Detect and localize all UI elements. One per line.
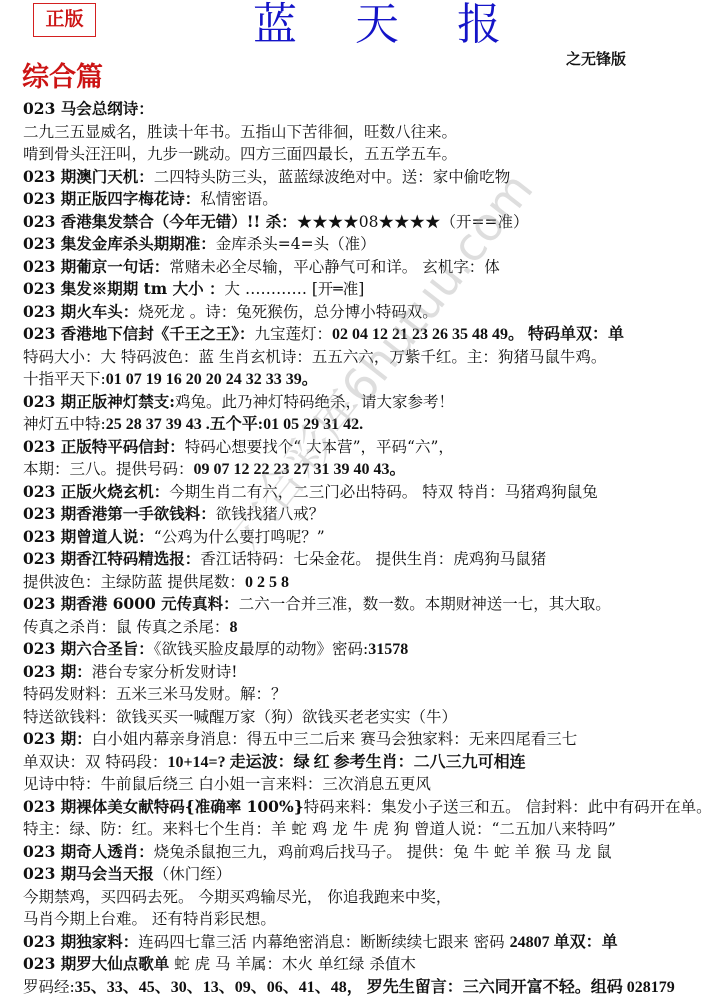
text-line: 023 期火车头：烧死龙 。诗：兔死猴伤，总分博小特码双。 bbox=[23, 301, 723, 324]
line-lead: 023 期裸体美女献特码{准确率 100%} bbox=[23, 797, 304, 816]
line-lead: 023 期香港 6000 元传真料： bbox=[23, 594, 239, 613]
line-text: 神灯五中特: bbox=[23, 415, 106, 433]
line-number: 25 28 37 39 43 .五个平:01 05 29 31 42. bbox=[106, 416, 363, 433]
text-line: 罗码经:35、33、45、30、13、09、06、41、48， 罗先生留言：三六… bbox=[23, 976, 723, 997]
text-line: 023 期：港台专家分析发财诗! bbox=[23, 661, 723, 684]
text-line: 023 期澳门天机：二四特头防三头，蓝蓝绿波绝对中。送：家中偷吃物 bbox=[23, 166, 723, 189]
text-line: 特主：绿、防：红。来料七个生肖：羊 蛇 鸡 龙 牛 虎 狗 曾道人说：“二五加八… bbox=[23, 818, 723, 841]
text-line: 023 集发金库杀头期期准：金库杀头=4=头（准） bbox=[23, 233, 723, 256]
line-text: （休门绖） bbox=[154, 865, 232, 883]
line-lead: 023 期奇人透肖： bbox=[23, 842, 154, 861]
line-lead: 023 期香港第一手欲钱料： bbox=[23, 504, 216, 523]
line-text: 特码来料：集发小子送三和五。 信封料：此中有码开在单。 bbox=[304, 798, 712, 816]
text-line: 见诗中特：牛前鼠后绕三 白小姐一言来料：三次消息五更风 bbox=[23, 773, 723, 796]
line-text: 九宝莲灯： bbox=[255, 325, 333, 343]
text-line: 023 期六合圣旨：《欲钱买脸皮最厚的动物》密码:31578 bbox=[23, 638, 723, 661]
text-line: 传真之杀肖：鼠 传真之杀尾：8 bbox=[23, 616, 723, 639]
text-line: 023 期香江特码精选报：香江话特码：七朵金花。 提供生肖：虎鸡狗马鼠猪 bbox=[23, 548, 723, 571]
line-lead: 023 集发金库杀头期期准： bbox=[23, 234, 216, 253]
line-text: 二九三五显威名，胜读十年书。五指山下苦徘徊，旺数八往来。 bbox=[23, 123, 457, 141]
line-lead: 023 期香江特码精选报： bbox=[23, 549, 200, 568]
line-text: 常赌未必全尽输，平心静气可和详。 玄机字：体 bbox=[169, 258, 499, 276]
line-text: 香江话特码：七朵金花。 提供生肖：虎鸡狗马鼠猪 bbox=[200, 550, 546, 568]
text-line: 023 集发※期期 tm 大小 ：大 ………… [开═准] bbox=[23, 278, 723, 301]
line-text: 特码大小：大 特码波色：蓝 生肖玄机诗：五五六六，万紫千红。主：狗猪马鼠牛鸡。 bbox=[23, 348, 606, 366]
line-text: 蛇 虎 马 羊属：木火 单红绿 杀值木 bbox=[169, 955, 416, 973]
line-number: 09 07 12 22 23 27 31 39 40 43。 bbox=[194, 461, 406, 478]
line-text: 白小姐内幕亲身消息：得五中三二后来 赛马会独家料：无来四尾看三七 bbox=[92, 730, 577, 748]
line-text: 特码心想要找个“ 大本营”，平码“六”， bbox=[185, 438, 454, 456]
line-text: 特送欲钱料：欲钱买买一喊醒万家（狗）欲钱买老老实实（牛） bbox=[23, 708, 457, 726]
line-lead: 023 期正版四字梅花诗： bbox=[23, 189, 200, 208]
line-lead: 023 期罗大仙点歌单 bbox=[23, 954, 169, 973]
line-text: 烧兔杀鼠抱三九，鸡前鸡后找马子。 提供：兔 牛 蛇 羊 猴 马 龙 鼠 bbox=[154, 843, 612, 861]
line-text: 罗码经: bbox=[23, 978, 75, 996]
line-text: 私情密语。 bbox=[200, 190, 278, 208]
text-line: 特码大小：大 特码波色：蓝 生肖玄机诗：五五六六，万紫千红。主：狗猪马鼠牛鸡。 bbox=[23, 346, 723, 369]
text-line: 本期：三八。提供号码：09 07 12 22 23 27 31 39 40 43… bbox=[23, 458, 723, 481]
line-lead: 023 正版火烧玄机： bbox=[23, 482, 169, 501]
line-text: 港台专家分析发财诗! bbox=[92, 663, 238, 681]
line-number: 8 bbox=[229, 619, 237, 636]
text-line: 023 期正版神灯禁支:鸡兔。此乃神灯特码绝杀，请大家参考！ bbox=[23, 391, 723, 414]
line-lead: 023 期： bbox=[23, 662, 92, 681]
line-text: ★★★★08★★★★（开==准） bbox=[297, 213, 529, 231]
text-line: 马肖今期上台难。 还有特肖彩民想。 bbox=[23, 908, 723, 931]
line-lead: 023 期独家料： bbox=[23, 932, 138, 951]
edition-label: 之无锋版 bbox=[566, 48, 626, 69]
line-lead: 023 期正版神灯禁支: bbox=[23, 392, 175, 411]
line-lead: 023 正版特平码信封： bbox=[23, 437, 185, 456]
section-heading: 综合篇 bbox=[22, 62, 103, 94]
text-line: 今期禁鸡，买四码去死。 今期买鸡输尽光， 你追我跑来中奖， bbox=[23, 886, 723, 909]
line-text: 欲钱找猪八戒？ bbox=[216, 505, 325, 523]
text-line: 023 期香港第一手欲钱料：欲钱找猪八戒？ bbox=[23, 503, 723, 526]
text-line: 十指平天下:01 07 19 16 20 20 24 32 33 39。 bbox=[23, 368, 723, 391]
text-line: 023 马会总纲诗： bbox=[23, 98, 723, 121]
line-lead: 023 马会总纲诗： bbox=[23, 99, 154, 118]
newspaper-title: 蓝 天 报 bbox=[253, 0, 523, 50]
text-line: 提供波色：主绿防蓝 提供尾数：0 2 5 8 bbox=[23, 571, 723, 594]
line-text: 传真之杀肖：鼠 传真之杀尾： bbox=[23, 618, 229, 636]
line-text: 特主：绿、防：红。来料七个生肖：羊 蛇 鸡 龙 牛 虎 狗 曾道人说：“二五加八… bbox=[23, 820, 616, 838]
text-line: 023 期曾道人说：“公鸡为什么要打鸣呢？” bbox=[23, 526, 723, 549]
line-number: 24807 单双：单 bbox=[510, 934, 618, 951]
line-lead: 023 期火车头： bbox=[23, 302, 138, 321]
text-line: 023 期奇人透肖：烧兔杀鼠抱三九，鸡前鸡后找马子。 提供：兔 牛 蛇 羊 猴 … bbox=[23, 841, 723, 864]
text-line: 二九三五显威名，胜读十年书。五指山下苦徘徊，旺数八往来。 bbox=[23, 121, 723, 144]
line-lead: 023 期： bbox=[23, 729, 92, 748]
line-text: 啃到骨头汪汪叫，九步一跳动。四方三面四最长，五五学五车。 bbox=[23, 145, 457, 163]
line-number: 02 04 12 21 23 26 35 48 49。 特码单双：单 bbox=[332, 326, 624, 343]
line-lead: 023 香港地下信封《千王之王》： bbox=[23, 324, 255, 343]
text-line: 023 期马会当天报（休门绖） bbox=[23, 863, 723, 886]
line-lead: 023 期马会当天报 bbox=[23, 864, 154, 883]
line-text: 二四特头防三头，蓝蓝绿波绝对中。送：家中偷吃物 bbox=[154, 168, 511, 186]
line-lead: 023 香港集发禁合（今年无错）!! 杀： bbox=[23, 212, 297, 231]
line-lead: 023 期葡京一句话： bbox=[23, 257, 169, 276]
line-number: 0 2 5 8 bbox=[245, 574, 289, 591]
text-line: 023 期正版四字梅花诗：私情密语。 bbox=[23, 188, 723, 211]
line-lead: 023 期曾道人说： bbox=[23, 527, 154, 546]
line-text: 本期：三八。提供号码： bbox=[23, 460, 194, 478]
line-text: 二六一合并三准，数一数。本期财神送一七，其大取。 bbox=[239, 595, 611, 613]
text-line: 023 正版特平码信封：特码心想要找个“ 大本营”，平码“六”， bbox=[23, 436, 723, 459]
text-line: 023 期裸体美女献特码{准确率 100%}特码来料：集发小子送三和五。 信封料… bbox=[23, 796, 723, 819]
authentic-edition-badge: 正版 bbox=[33, 3, 96, 37]
text-line: 啃到骨头汪汪叫，九步一跳动。四方三面四最长，五五学五车。 bbox=[23, 143, 723, 166]
line-text: 今期禁鸡，买四码去死。 今期买鸡输尽光， 你追我跑来中奖， bbox=[23, 888, 451, 906]
text-line: 023 期葡京一句话：常赌未必全尽输，平心静气可和详。 玄机字：体 bbox=[23, 256, 723, 279]
article-body: 023 马会总纲诗：二九三五显威名，胜读十年书。五指山下苦徘徊，旺数八往来。啃到… bbox=[23, 98, 723, 997]
line-text: 今期生肖二有六，二三门必出特码。 特双 特肖：马猪鸡狗鼠兔 bbox=[169, 483, 597, 501]
line-text: 金库杀头=4=头（准） bbox=[216, 235, 376, 253]
text-line: 023 期罗大仙点歌单 蛇 虎 马 羊属：木火 单红绿 杀值木 bbox=[23, 953, 723, 976]
text-line: 023 香港集发禁合（今年无错）!! 杀：★★★★08★★★★（开==准） bbox=[23, 211, 723, 234]
line-text: “公鸡为什么要打鸣呢？” bbox=[154, 528, 325, 546]
line-text: 十指平天下: bbox=[23, 370, 106, 388]
text-line: 023 正版火烧玄机：今期生肖二有六，二三门必出特码。 特双 特肖：马猪鸡狗鼠兔 bbox=[23, 481, 723, 504]
line-text: 见诗中特：牛前鼠后绕三 白小姐一言来料：三次消息五更风 bbox=[23, 775, 431, 793]
text-line: 神灯五中特:25 28 37 39 43 .五个平:01 05 29 31 42… bbox=[23, 413, 723, 436]
line-text: 马肖今期上台难。 还有特肖彩民想。 bbox=[23, 910, 276, 928]
line-text: 连码四七靠三活 内幕绝密消息：断断续续七跟来 密码 bbox=[138, 933, 509, 951]
line-lead: 023 期六合圣旨： bbox=[23, 639, 154, 658]
line-text: 《欲钱买脸皮最厚的动物》密码: bbox=[154, 640, 368, 658]
text-line: 特码发财料：五米三米马发财。解：？ bbox=[23, 683, 723, 706]
line-number: 35、33、45、30、13、09、06、41、48， 罗先生留言：三六同开富不… bbox=[75, 979, 675, 996]
line-text: 单双诀：双 特码段： bbox=[23, 753, 167, 771]
text-line: 023 期：白小姐内幕亲身消息：得五中三二后来 赛马会独家料：无来四尾看三七 bbox=[23, 728, 723, 751]
line-number: 31578 bbox=[368, 641, 408, 658]
line-lead: 023 集发※期期 tm 大小 ： bbox=[23, 279, 225, 298]
text-line: 023 香港地下信封《千王之王》：九宝莲灯：02 04 12 21 23 26 … bbox=[23, 323, 723, 346]
line-text: 特码发财料：五米三米马发财。解：？ bbox=[23, 685, 287, 703]
line-text: 鸡兔。此乃神灯特码绝杀，请大家参考！ bbox=[175, 393, 454, 411]
text-line: 023 期独家料：连码四七靠三活 内幕绝密消息：断断续续七跟来 密码 24807… bbox=[23, 931, 723, 954]
line-text: 烧死龙 。诗：兔死猴伤，总分博小特码双。 bbox=[138, 303, 437, 321]
text-line: 单双诀：双 特码段：10+14=? 走运波：绿 红 参考生肖：二八三九可相连 bbox=[23, 751, 723, 774]
line-number: 01 07 19 16 20 20 24 32 33 39。 bbox=[106, 371, 318, 388]
line-number: 10+14=? 走运波：绿 红 参考生肖：二八三九可相连 bbox=[167, 754, 525, 771]
line-text: 大 ………… [开═准] bbox=[225, 280, 365, 298]
text-line: 023 期香港 6000 元传真料：二六一合并三准，数一数。本期财神送一七，其大… bbox=[23, 593, 723, 616]
line-lead: 023 期澳门天机： bbox=[23, 167, 154, 186]
text-line: 特送欲钱料：欲钱买买一喊醒万家（狗）欲钱买老老实实（牛） bbox=[23, 706, 723, 729]
line-text: 提供波色：主绿防蓝 提供尾数： bbox=[23, 573, 245, 591]
